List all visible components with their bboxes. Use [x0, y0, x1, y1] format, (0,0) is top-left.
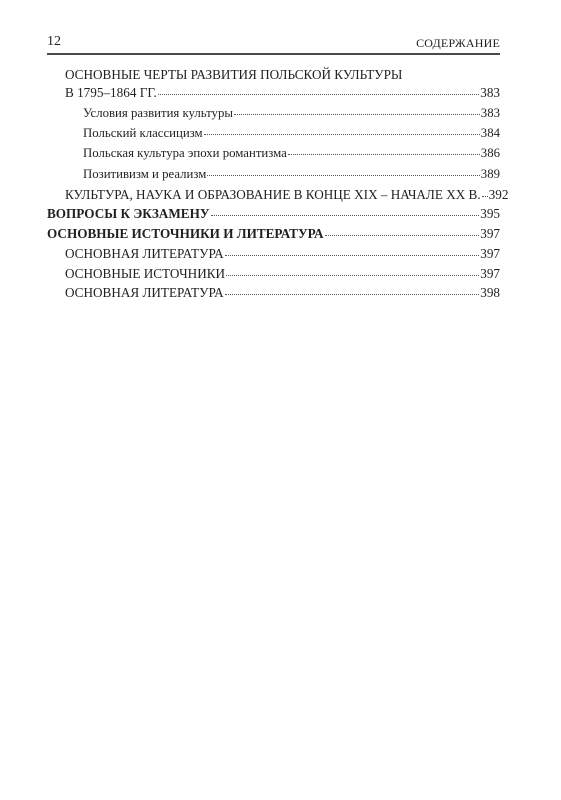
dot-leader [158, 81, 479, 95]
dot-leader [288, 142, 480, 156]
dot-leader [207, 162, 479, 176]
toc-entry[interactable]: Позитивизм и реализм 389 [47, 164, 500, 184]
toc-entry[interactable]: Условия развития культуры 383 [47, 103, 500, 123]
toc-entry[interactable]: Польская культура эпохи романтизма 386 [47, 144, 500, 164]
toc-entry-title: ОСНОВНАЯ ЛИТЕРАТУРА [65, 244, 224, 264]
toc-entry-title: Позитивизм и реализм [83, 165, 206, 185]
page-header: 12 СОДЕРЖАНИЕ [47, 34, 500, 55]
toc-entry-polish-culture-1795-1864[interactable]: ОСНОВНЫЕ ЧЕРТЫ РАЗВИТИЯ ПОЛЬСКОЙ КУЛЬТУР… [47, 66, 500, 103]
toc-page-number: 384 [481, 124, 500, 144]
toc-page-number: 383 [481, 104, 500, 124]
toc-entry-title: Польский классицизм [83, 124, 203, 144]
toc-page-number: 398 [480, 283, 500, 303]
toc-page-number: 392 [489, 185, 509, 205]
toc-entry-title: ОСНОВНАЯ ЛИТЕРАТУРА [65, 283, 224, 303]
toc-page-number: 397 [480, 264, 500, 284]
dot-leader [325, 222, 480, 236]
toc-entry-title: ОСНОВНЫЕ ИСТОЧНИКИ [65, 264, 225, 284]
toc-entry[interactable]: Польский классицизм 384 [47, 123, 500, 143]
dot-leader [226, 261, 479, 275]
toc-page-number: 397 [480, 224, 500, 244]
toc-entry-title-line2: В 1795–1864 ГГ. [65, 83, 157, 103]
dot-leader [234, 101, 480, 115]
toc-page-number: 395 [480, 204, 500, 224]
toc-page-number: 386 [481, 144, 500, 164]
page-number: 12 [47, 34, 61, 50]
toc-page-number: 383 [480, 83, 500, 103]
running-title: СОДЕРЖАНИЕ [416, 35, 500, 51]
dot-leader [225, 242, 480, 256]
dot-leader [204, 121, 480, 135]
toc-entry-title: ВОПРОСЫ К ЭКЗАМЕНУ [47, 204, 210, 224]
dot-leader [482, 182, 488, 196]
toc-entry[interactable]: ОСНОВНАЯ ЛИТЕРАТУРА 398 [47, 283, 500, 303]
dot-leader [225, 281, 480, 295]
toc-page-number: 397 [480, 244, 500, 264]
table-of-contents: ОСНОВНЫЕ ЧЕРТЫ РАЗВИТИЯ ПОЛЬСКОЙ КУЛЬТУР… [47, 66, 500, 303]
dot-leader [211, 202, 480, 216]
